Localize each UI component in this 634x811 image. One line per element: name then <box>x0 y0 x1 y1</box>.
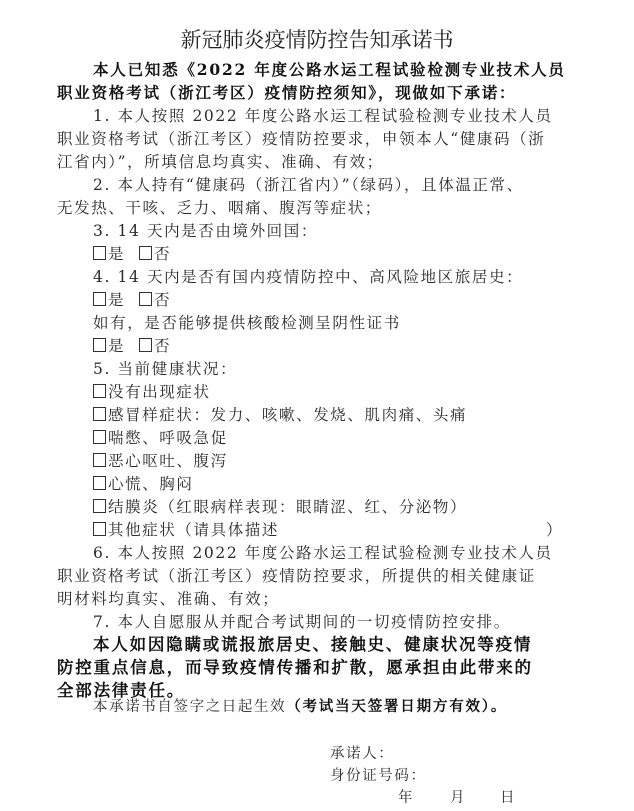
item1-line-1: 1. 本人按照 2022 年度公路水运工程试验检测专业技术人员 <box>93 106 553 126</box>
date-year-label: 年 <box>398 788 414 808</box>
other-symptom-close-paren: ） <box>546 520 563 540</box>
item4-no-checkbox[interactable] <box>139 292 152 306</box>
item1-line-2: 职业资格考试（浙江考区）疫情防控要求，申领本人“健康码（浙 <box>57 129 545 149</box>
item4-options: 是否 <box>93 290 171 310</box>
promisor-label: 承诺人： <box>330 744 394 764</box>
item4-question: 4. 14 天内是否有国内疫情防控中、高风险地区旅居史： <box>93 267 523 287</box>
item2-line-1: 2. 本人持有“健康码（浙江省内）”（绿码），且体温正常、 <box>93 175 524 195</box>
id-number-label: 身份证号码： <box>330 766 427 786</box>
item4-yes-label: 是 <box>108 291 125 309</box>
health-option: 没有出现症状 <box>93 382 211 402</box>
item4-followup: 如有，是否能够提供核酸检测呈阴性证书 <box>93 313 401 333</box>
effective-bold: （考试当天签署日期方有效）。 <box>286 698 507 715</box>
item4-followup-no-checkbox[interactable] <box>139 338 152 352</box>
health-option: 感冒样症状：发力、咳嗽、发烧、肌肉痛、头痛 <box>93 405 467 425</box>
item3-yes-checkbox[interactable] <box>93 246 106 260</box>
item4-yes-checkbox[interactable] <box>93 292 106 306</box>
date-day-label: 日 <box>500 788 516 808</box>
item4-followup-options: 是否 <box>93 336 171 356</box>
health-option-label: 其他症状（请具体描述 <box>108 521 279 539</box>
item2-line-2: 无发热、干咳、乏力、咽痛、腹泻等症状； <box>57 198 382 218</box>
item3-question: 3. 14 天内是否由境外回国： <box>93 221 318 241</box>
item4-followup-yes-checkbox[interactable] <box>93 338 106 352</box>
health-option-checkbox[interactable] <box>93 407 106 421</box>
health-option-label: 喘憋、呼吸急促 <box>108 429 228 447</box>
health-option: 心慌、胸闷 <box>93 474 194 494</box>
health-option: 喘憋、呼吸急促 <box>93 428 228 448</box>
health-option: 结膜炎（红眼病样表现：眼睛涩、红、分泌物） <box>93 497 467 517</box>
item3-no-label: 否 <box>154 245 171 263</box>
item6-line-1: 6. 本人按照 2022 年度公路水运工程试验检测专业技术人员 <box>93 543 553 563</box>
intro-line-1: 本人已知悉《2022 年度公路水运工程试验检测专业技术人员 <box>93 60 566 80</box>
document-title: 新冠肺炎疫情防控告知承诺书 <box>0 24 634 54</box>
item1-line-3: 江省内）”，所填信息均真实、准确、有效； <box>57 152 384 172</box>
health-option-checkbox[interactable] <box>93 384 106 398</box>
item4-no-label: 否 <box>154 291 171 309</box>
health-option-other: 其他症状（请具体描述 <box>93 520 279 540</box>
health-option-label: 结膜炎（红眼病样表现：眼睛涩、红、分泌物） <box>108 498 467 516</box>
health-option-checkbox[interactable] <box>93 522 106 536</box>
item5-question: 5. 当前健康状况： <box>93 359 237 379</box>
item7-line-1: 7. 本人自愿服从并配合考试期间的一切疫情防控安排。 <box>93 612 511 632</box>
effective-normal: 本承诺书自签字之日起生效 <box>93 699 286 715</box>
item4-followup-yes-label: 是 <box>108 337 125 355</box>
health-option-checkbox[interactable] <box>93 430 106 444</box>
intro-line-2: 职业资格考试（浙江考区）疫情防控须知》，现做如下承诺： <box>57 83 516 103</box>
health-option-label: 感冒样症状：发力、咳嗽、发烧、肌肉痛、头痛 <box>108 406 467 424</box>
health-option-label: 恶心呕吐、腹泻 <box>108 452 228 470</box>
item6-line-3: 明材料均真实、准确、有效； <box>57 589 279 609</box>
health-option-checkbox[interactable] <box>93 453 106 467</box>
health-option-label: 没有出现症状 <box>108 383 211 401</box>
item3-yes-label: 是 <box>108 245 125 263</box>
liability-line-2: 防控重点信息，而导致疫情传播和扩散，愿承担由此带来的 <box>57 658 533 678</box>
item6-line-2: 职业资格考试（浙江考区）疫情防控要求，所提供的相关健康证 <box>57 566 536 586</box>
effective-statement: 本承诺书自签字之日起生效（考试当天签署日期方有效）。 <box>93 697 507 717</box>
health-option-label: 心慌、胸闷 <box>108 475 194 493</box>
health-option-checkbox[interactable] <box>93 476 106 490</box>
liability-line-1: 本人如因隐瞒或谎报旅居史、接触史、健康状况等疫情 <box>93 635 532 655</box>
item4-followup-no-label: 否 <box>154 337 171 355</box>
health-option: 恶心呕吐、腹泻 <box>93 451 228 471</box>
item3-no-checkbox[interactable] <box>139 246 152 260</box>
health-option-checkbox[interactable] <box>93 499 106 513</box>
item3-options: 是否 <box>93 244 171 264</box>
date-month-label: 月 <box>450 788 466 808</box>
